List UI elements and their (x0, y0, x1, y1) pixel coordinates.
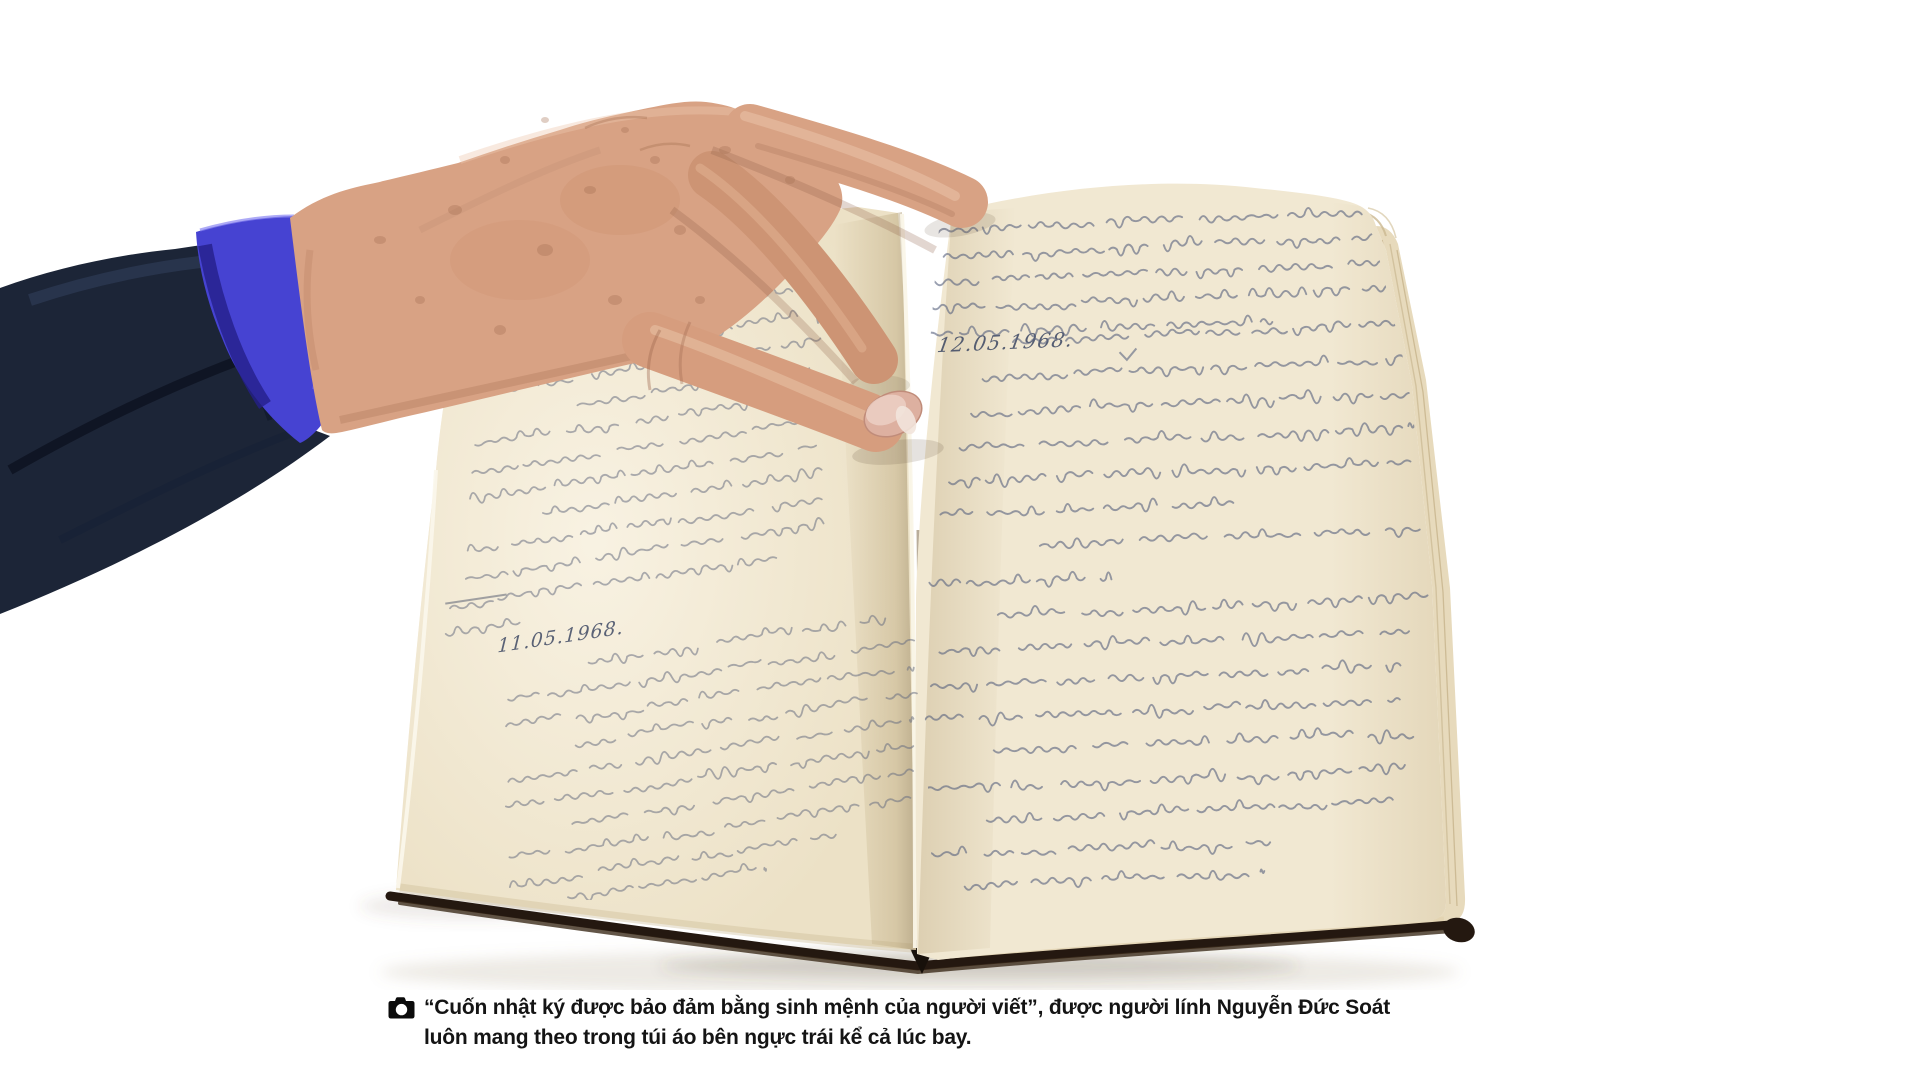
diary-photo: 11.05.1968. 12.05.1968. (0, 0, 1540, 990)
caption-text: “Cuốn nhật ký được bảo đảm bằng sinh mện… (424, 993, 1390, 1053)
camera-icon (388, 997, 415, 1019)
diary-photo-svg: 11.05.1968. 12.05.1968. (0, 0, 1540, 990)
caption: “Cuốn nhật ký được bảo đảm bằng sinh mện… (388, 993, 1390, 1053)
page: 11.05.1968. 12.05.1968. (0, 0, 1920, 1079)
caption-line-1: “Cuốn nhật ký được bảo đảm bằng sinh mện… (424, 993, 1390, 1023)
caption-line-2: luôn mang theo trong túi áo bên ngực trá… (424, 1023, 1390, 1053)
